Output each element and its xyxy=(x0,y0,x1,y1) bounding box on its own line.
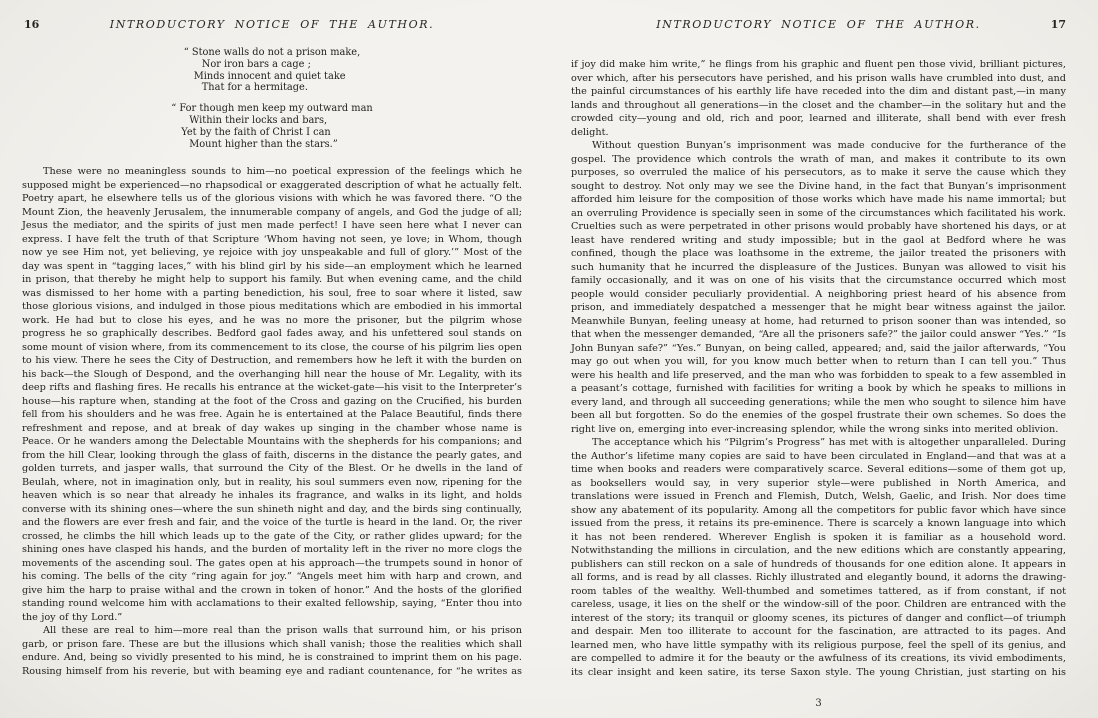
poem-line: “ For though men keep my outward man xyxy=(171,103,372,115)
running-head-right: INTRODUCTORY NOTICE OF THE AUTHOR. xyxy=(571,18,1066,31)
body-paragraph: The acceptance which his “Pilgrim’s Prog… xyxy=(571,436,1066,679)
right-header-row: INTRODUCTORY NOTICE OF THE AUTHOR. 17 xyxy=(571,18,1066,34)
signature-mark: 3 xyxy=(571,698,1066,709)
body-paragraph: Without question Bunyan’s imprisonment w… xyxy=(571,139,1066,436)
poem-line: Mount higher than the stars.” xyxy=(171,139,372,151)
right-body-text: if joy did make him write,” he flings fr… xyxy=(571,58,1066,679)
book-spread-scan: 16 INTRODUCTORY NOTICE OF THE AUTHOR. “ … xyxy=(0,0,1098,718)
poem-line: “ Stone walls do not a prison make, xyxy=(184,47,360,59)
poem-line: Minds innocent and quiet take xyxy=(184,71,360,83)
page-left: 16 INTRODUCTORY NOTICE OF THE AUTHOR. “ … xyxy=(0,0,549,718)
left-header-row: 16 INTRODUCTORY NOTICE OF THE AUTHOR. xyxy=(22,18,522,34)
epigraph-poem: “ Stone walls do not a prison make, Nor … xyxy=(22,47,522,150)
body-paragraph: if joy did make him write,” he flings fr… xyxy=(571,58,1066,139)
body-paragraph: These were no meaningless sounds to him—… xyxy=(22,165,522,624)
page-right: INTRODUCTORY NOTICE OF THE AUTHOR. 17 if… xyxy=(549,0,1098,718)
poem-line: Nor iron bars a cage ; xyxy=(184,59,360,71)
body-paragraph: All these are real to him—more real than… xyxy=(22,624,522,678)
poem-stanza-1: “ Stone walls do not a prison make, Nor … xyxy=(184,47,360,94)
page-number-left: 16 xyxy=(24,18,39,31)
poem-line: Within their locks and bars, xyxy=(171,115,372,127)
running-head-left: INTRODUCTORY NOTICE OF THE AUTHOR. xyxy=(22,18,522,31)
left-body-text: These were no meaningless sounds to him—… xyxy=(22,165,522,678)
page-number-right: 17 xyxy=(1051,18,1066,31)
poem-line: That for a hermitage. xyxy=(184,82,360,94)
poem-line: Yet by the faith of Christ I can xyxy=(171,127,372,139)
poem-stanza-2: “ For though men keep my outward man Wit… xyxy=(171,103,372,150)
